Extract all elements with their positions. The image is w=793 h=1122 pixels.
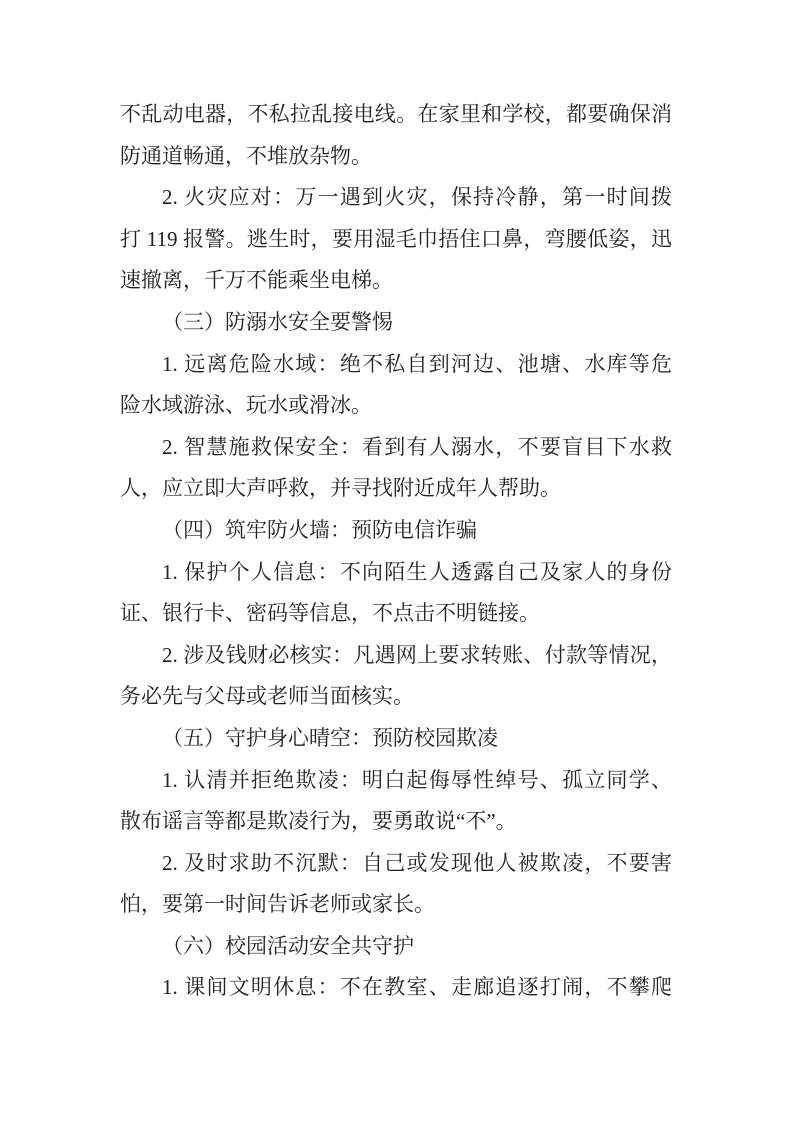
body-text-line: 2. 火灾应对：万一遇到火灾，保持冷静，第一时间拨 <box>120 177 672 219</box>
body-text-line: 证、银行卡、密码等信息，不点击不明链接。 <box>120 593 672 635</box>
body-text-line: 速撤离，千万不能乘坐电梯。 <box>120 260 672 302</box>
body-text-line: 人，应立即大声呼救，并寻找附近成年人帮助。 <box>120 468 672 510</box>
section-heading-campus-activity: （六）校园活动安全共守护 <box>120 926 672 968</box>
document-page: 不乱动电器，不私拉乱接电线。在家里和学校，都要确保消 防通道畅通，不堆放杂物。 … <box>0 0 793 1122</box>
body-text-line: 1. 认清并拒绝欺凌：明白起侮辱性绰号、孤立同学、 <box>120 760 672 802</box>
body-text-line: 务必先与父母或老师当面核实。 <box>120 676 672 718</box>
section-heading-bullying: （五）守护身心晴空：预防校园欺凌 <box>120 718 672 760</box>
body-text-line: 怕，要第一时间告诉老师或家长。 <box>120 884 672 926</box>
section-heading-drowning: （三）防溺水安全要警惕 <box>120 302 672 344</box>
body-text-line: 险水域游泳、玩水或滑冰。 <box>120 385 672 427</box>
body-text-line: 2. 智慧施救保安全：看到有人溺水，不要盲目下水救 <box>120 427 672 469</box>
body-text-line: 散布谣言等都是欺凌行为，要勇敢说“不”。 <box>120 801 672 843</box>
body-text-line: 1. 保护个人信息：不向陌生人透露自己及家人的身份 <box>120 552 672 594</box>
section-heading-telecom-fraud: （四）筑牢防火墙：预防电信诈骗 <box>120 510 672 552</box>
body-text-line: 2. 及时求助不沉默：自己或发现他人被欺凌，不要害 <box>120 843 672 885</box>
body-text-line: 防通道畅通，不堆放杂物。 <box>120 136 672 178</box>
body-text-line: 打 119 报警。逃生时，要用湿毛巾捂住口鼻，弯腰低姿，迅 <box>120 219 672 261</box>
body-text-line: 不乱动电器，不私拉乱接电线。在家里和学校，都要确保消 <box>120 94 672 136</box>
body-text-line: 1. 课间文明休息：不在教室、走廊追逐打闹，不攀爬 <box>120 967 672 1009</box>
body-text-line: 2. 涉及钱财必核实：凡遇网上要求转账、付款等情况， <box>120 635 672 677</box>
body-text-line: 1. 远离危险水域：绝不私自到河边、池塘、水库等危 <box>120 344 672 386</box>
